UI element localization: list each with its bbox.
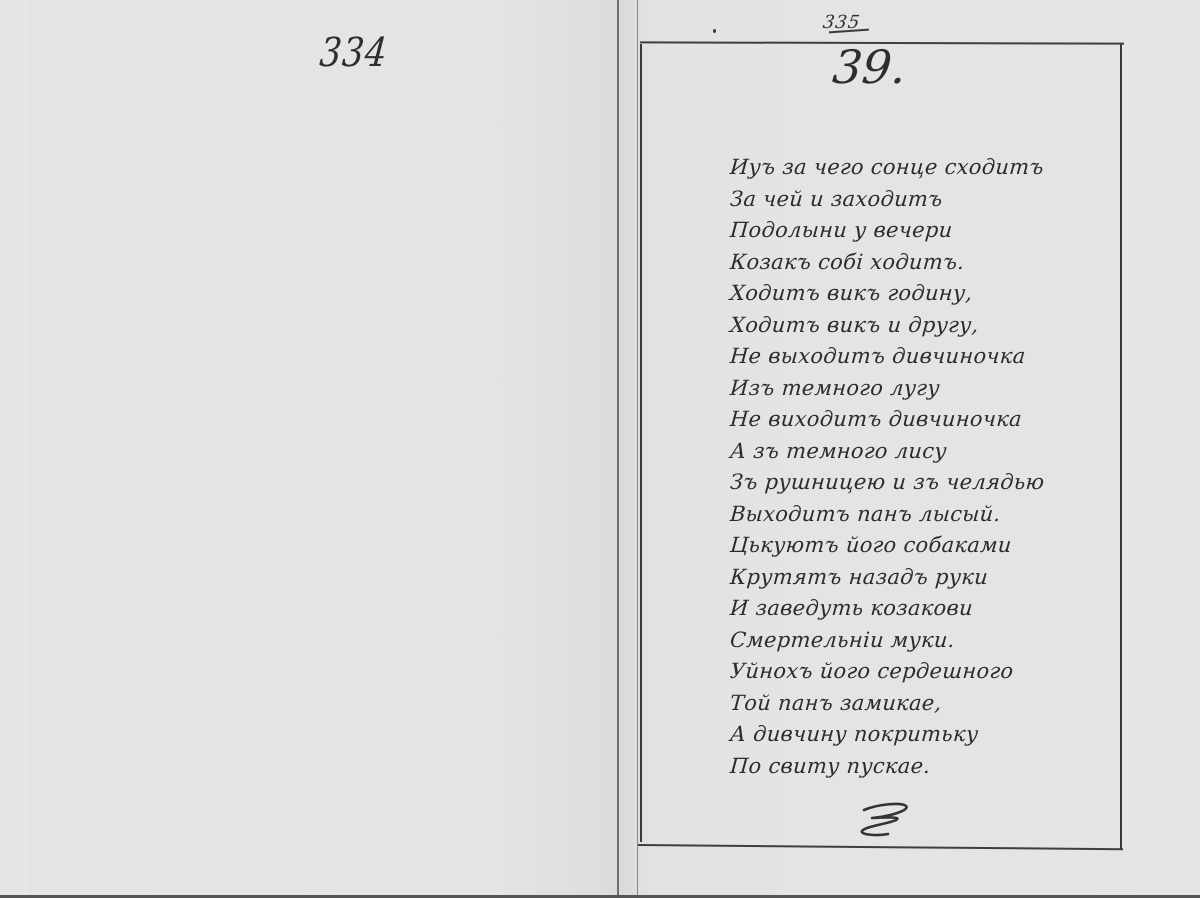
ink-speck bbox=[713, 29, 716, 33]
left-page bbox=[0, 0, 617, 898]
poem-line: Изъ темного лугу bbox=[729, 373, 1046, 405]
poem-line: Ходитъ викъ и другу, bbox=[729, 310, 1046, 342]
paper-texture-line bbox=[30, 0, 31, 898]
frame-border-left bbox=[640, 44, 642, 842]
poem-line: Той панъ замикае, bbox=[729, 688, 1046, 720]
poem-line: Иуъ за чего сонце сходитъ bbox=[729, 152, 1046, 184]
song-number: 39. bbox=[830, 40, 909, 94]
poem-line: Ходитъ викъ годину, bbox=[729, 278, 1046, 310]
poem-line: Смертельнiи муки. bbox=[729, 625, 1046, 657]
poem-line: Козакъ собi ходитъ. bbox=[729, 247, 1046, 279]
poem-line: А дивчину покритьку bbox=[729, 719, 1046, 751]
poem-line: И заведуть козакови bbox=[729, 593, 1046, 625]
poem-line: Выходитъ панъ лысый. bbox=[729, 499, 1046, 531]
poem-line: За чей и заходитъ bbox=[729, 184, 1046, 216]
poem-line: А зъ темного лису bbox=[729, 436, 1046, 468]
poem-line: По свиту пускае. bbox=[729, 751, 1046, 783]
poem-text: Иуъ за чего сонце сходитъ За чей и заход… bbox=[730, 152, 1044, 782]
poem-line: Уйнохъ його сердешного bbox=[729, 656, 1046, 688]
poem-line: Зъ рушницею и зъ челядью bbox=[729, 467, 1046, 499]
poem-line: Не виходитъ дивчиночка bbox=[729, 404, 1046, 436]
poem-line: Цькуютъ його собаками bbox=[729, 530, 1046, 562]
poem-line: Подолыни у вечери bbox=[729, 215, 1046, 247]
poem-line: Крутятъ назадъ руки bbox=[729, 562, 1046, 594]
gutter-line bbox=[617, 0, 619, 898]
poem-line: Не выходитъ дивчиночка bbox=[729, 341, 1046, 373]
book-spread: 334 335 39. Иуъ за чего сонце сходитъ За… bbox=[0, 0, 1200, 898]
gutter-line-inner bbox=[637, 0, 638, 898]
frame-border-right bbox=[1120, 44, 1122, 849]
end-flourish-icon bbox=[858, 800, 918, 840]
left-page-number: 334 bbox=[318, 30, 390, 76]
